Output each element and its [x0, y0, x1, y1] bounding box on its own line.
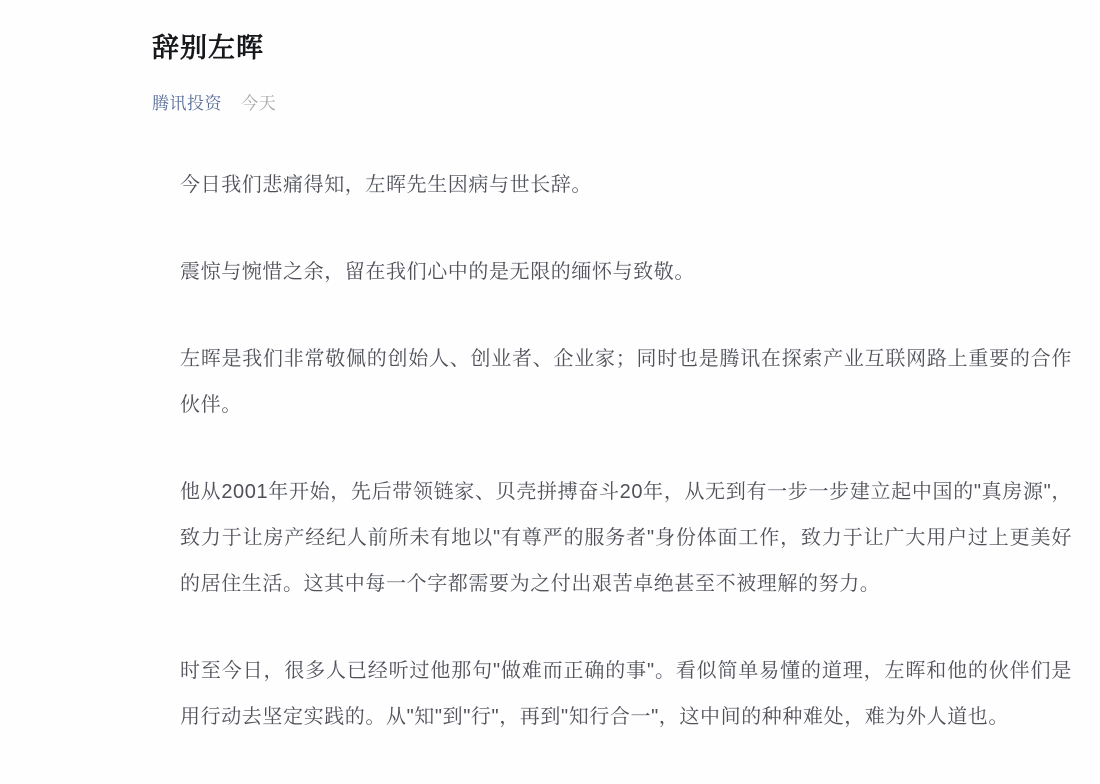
- paragraph: 左晖是我们非常敬佩的创始人、创业者、企业家；同时也是腾讯在探索产业互联网路上重要…: [180, 336, 1072, 428]
- account-name-link[interactable]: 腾讯投资: [152, 94, 222, 113]
- article-title: 辞别左晖: [0, 0, 1100, 64]
- article-page: 辞别左晖 腾讯投资 今天 今日我们悲痛得知，左晖先生因病与世长辞。 震惊与惋惜之…: [0, 0, 1100, 784]
- byline: 腾讯投资 今天: [0, 92, 1100, 116]
- paragraph: 今日我们悲痛得知，左晖先生因病与世长辞。: [180, 162, 1072, 208]
- article-body: 今日我们悲痛得知，左晖先生因病与世长辞。 震惊与惋惜之余，留在我们心中的是无限的…: [0, 162, 1100, 740]
- paragraph: 他从2001年开始，先后带领链家、贝壳拼搏奋斗20年，从无到有一步一步建立起中国…: [180, 469, 1072, 607]
- paragraph: 时至今日，很多人已经听过他那句"做难而正确的事"。看似简单易懂的道理，左晖和他的…: [180, 648, 1072, 740]
- paragraph: 震惊与惋惜之余，留在我们心中的是无限的缅怀与致敬。: [180, 249, 1072, 295]
- publish-date: 今天: [241, 94, 276, 113]
